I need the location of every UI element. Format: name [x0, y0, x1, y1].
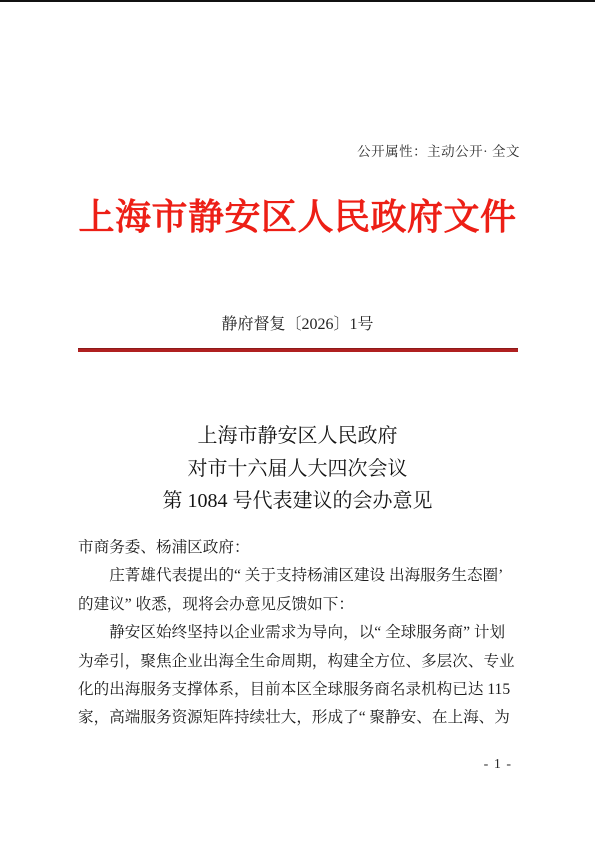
body-line: 的建议” 收悉，现将会办意见反馈如下：: [78, 591, 520, 619]
body-line: 庄菁雄代表提出的“ 关于支持杨浦区建设 出海服务生态圈’: [78, 562, 520, 590]
document-page: 公开属性：主动公开· 全文 上海市静安区人民政府文件 静府督复〔2026〕1号 …: [0, 0, 595, 841]
body-line: 静安区始终坚持以企业需求为导向，以“ 全球服务商” 计划: [78, 619, 520, 647]
document-title-line: 上海市静安区人民政府: [0, 420, 595, 453]
body-line: 为牵引，聚焦企业出海全生命周期，构建全方位、多层次、专业: [78, 648, 520, 676]
body-line: 家，高端服务资源矩阵持续壮大，形成了“ 聚静安、在上海、为: [78, 704, 520, 732]
document-title-line: 第 1084 号代表建议的会办意见: [0, 485, 595, 518]
document-number: 静府督复〔2026〕1号: [0, 311, 595, 334]
page-number: - 1 -: [484, 757, 512, 773]
body-line: 化的出海服务支撑体系，目前本区全球服务商名录机构已达 115: [78, 676, 520, 704]
body-line-salutation: 市商务委、杨浦区政府：: [78, 534, 520, 562]
document-body: 市商务委、杨浦区政府： 庄菁雄代表提出的“ 关于支持杨浦区建设 出海服务生态圈’…: [78, 534, 520, 733]
red-letterhead-title: 上海市静安区人民政府文件: [0, 189, 595, 240]
document-title-line: 对市十六届人大四次会议: [0, 453, 595, 486]
document-title: 上海市静安区人民政府 对市十六届人大四次会议 第 1084 号代表建议的会办意见: [0, 420, 595, 518]
red-divider-rule: [78, 348, 518, 352]
publish-attribute-text: 公开属性：主动公开· 全文: [357, 140, 520, 160]
top-edge-bar: [0, 0, 595, 2]
